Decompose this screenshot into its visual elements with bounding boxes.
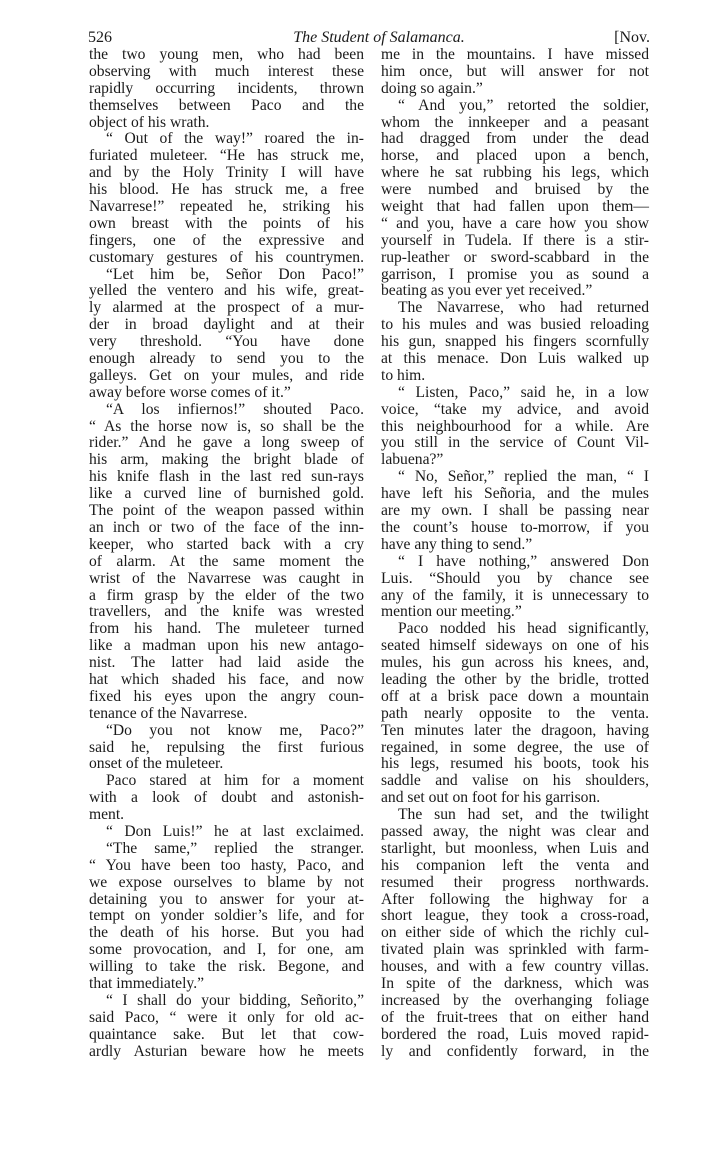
text-line: and set out on foot for his garrison. [381,790,649,807]
text-line: of alarm. At the same moment the [89,554,364,571]
text-line: are my own. I shall be passing near [381,503,649,520]
text-line: like a curved line of burnished gold. [89,486,364,503]
text-line: “ As the horse now is, so shall be the [89,419,364,436]
text-line: fixed his eyes upon the angry coun- [89,689,364,706]
text-line: beating as you ever yet received.” [381,283,649,300]
text-line: the death of his horse. But you had [89,925,364,942]
text-line: a firm grasp by the elder of the two [89,588,364,605]
text-line: leading the other by the bridle, trotted [381,672,649,689]
text-line: his arm, making the bright blade of [89,452,364,469]
text-line: have left his Señoria, and the mules [381,486,649,503]
text-line: horse, and placed upon a bench, [381,148,649,165]
text-line: to him. [381,368,649,385]
text-line: we expose ourselves to blame by not [89,875,364,892]
text-line: rapidly occurring incidents, thrown [89,81,364,98]
text-line: his blood. He has struck me, a free [89,182,364,199]
text-line: In spite of the darkness, which was [381,976,649,993]
text-line: some provocation, and I, for one, am [89,942,364,959]
text-line: quaintance sake. But let that cow- [89,1027,364,1044]
text-line: mules, his gun across his knees, and, [381,655,649,672]
text-line: to his mules and was busied reloading [381,317,649,334]
text-line: rider.” And he gave a long sweep of [89,435,364,452]
text-line: tenance of the Navarrese. [89,706,364,723]
text-line: at this menace. Don Luis walked up [381,351,649,368]
text-line: “ I shall do your bidding, Señorito,” [89,993,364,1010]
running-title: The Student of Salamanca. [88,29,650,47]
text-line: Paco stared at him for a moment [89,773,364,790]
text-line: rup-leather or sword-scabbard in the [381,250,649,267]
text-line: this neighbourhood for a while. Are [381,419,649,436]
text-line: doing so again.” [381,81,649,98]
text-line: “ No, Señor,” replied the man, “ I [381,469,649,486]
text-line: “ Out of the way!” roared the in- [89,131,364,148]
text-line: own breast with the points of his [89,216,364,233]
text-line: the two young men, who had been [89,47,364,64]
text-line: short league, they took a cross-road, [381,908,649,925]
text-line: his legs, resumed his boots, took his [381,756,649,773]
right-column: me in the mountains. I have missedhim on… [381,47,649,1060]
text-line: on either side of which the richly cul- [381,925,649,942]
text-line: ardly Asturian beware how he meets [89,1044,364,1061]
text-line: saddle and valise on his shoulders, [381,773,649,790]
text-line: said Paco, “ were it only for old ac- [89,1010,364,1027]
text-line: his companion left the venta and [381,858,649,875]
text-line: “A los infiernos!” shouted Paco. [89,402,364,419]
text-line: “Let him be, Señor Don Paco!” [89,267,364,284]
text-line: path nearly opposite to the venta. [381,706,649,723]
text-line: nist. The latter had laid aside the [89,655,364,672]
issue-month: [Nov. [614,29,650,47]
text-line: ly alarmed at the prospect of a mur- [89,300,364,317]
text-line: customary gestures of his countrymen. [89,250,364,267]
text-line: der in broad daylight and at their [89,317,364,334]
text-line: ment. [89,807,364,824]
text-line: tivated plain was sprinkled with farm- [381,942,649,959]
text-line: “ Listen, Paco,” said he, in a low [381,385,649,402]
book-page: 526 The Student of Salamanca. [Nov. the … [0,0,708,1168]
text-line: “ and you, have a care how you show [381,216,649,233]
text-line: observing with much interest these [89,64,364,81]
text-line: “ You have been too hasty, Paco, and [89,858,364,875]
text-line: galleys. Get on your mules, and ride [89,368,364,385]
text-line: houses, and with a few country villas. [381,959,649,976]
text-line: where he sat rubbing his legs, which [381,165,649,182]
text-line: “ And you,” retorted the soldier, [381,98,649,115]
text-line: Luis. “Should you by chance see [381,571,649,588]
text-line: Ten minutes later the dragoon, having [381,723,649,740]
text-line: After following the highway for a [381,892,649,909]
text-line: Navarrese!” repeated he, striking his [89,199,364,216]
text-line: detaining you to answer for your at- [89,892,364,909]
text-line: starlight, but moonless, when Luis and [381,841,649,858]
text-line: “ I have nothing,” answered Don [381,554,649,571]
text-line: seated himself sideways on one of his [381,638,649,655]
text-line: The point of the weapon passed within [89,503,364,520]
text-line: said he, repulsing the first furious [89,740,364,757]
text-line: and by the Holy Trinity I will have [89,165,364,182]
text-line: fingers, one of the expressive and [89,233,364,250]
text-line: regained, in some degree, the use of [381,740,649,757]
text-line: Paco nodded his head significantly, [381,621,649,638]
text-line: keeper, who started back with a cry [89,537,364,554]
text-line: ly and confidently forward, in the [381,1044,649,1061]
text-line: wrist of the Navarrese was caught in [89,571,364,588]
text-line: willing to take the risk. Begone, and [89,959,364,976]
text-line: weight that had fallen upon them— [381,199,649,216]
text-line: from his hand. The muleteer turned [89,621,364,638]
text-line: him once, but will answer for not [381,64,649,81]
text-line: his gun, snapped his fingers scornfully [381,334,649,351]
text-line: tempt on yonder soldier’s life, and for [89,908,364,925]
text-line: that immediately.” [89,976,364,993]
text-line: voice, “take my advice, and avoid [381,402,649,419]
text-line: The sun had set, and the twilight [381,807,649,824]
text-line: themselves between Paco and the [89,98,364,115]
text-line: “The same,” replied the stranger. [89,841,364,858]
text-line: yourself in Tudela. If there is a stir- [381,233,649,250]
text-line: garrison, I promise you as sound a [381,267,649,284]
text-line: object of his wrath. [89,115,364,132]
text-line: very threshold. “You have done [89,334,364,351]
left-column: the two young men, who had beenobserving… [89,47,364,1060]
text-line: labuena?” [381,452,649,469]
text-line: whom the innkeeper and a peasant [381,115,649,132]
text-line: yelled the ventero and his wife, great- [89,283,364,300]
text-line: increased by the overhanging foliage [381,993,649,1010]
text-line: of the fruit-trees that on either hand [381,1010,649,1027]
text-line: any of the family, it is unnecessary to [381,588,649,605]
text-line: bordered the road, Luis moved rapid- [381,1027,649,1044]
text-line: you still in the service of Count Vil- [381,435,649,452]
text-line: passed away, the night was clear and [381,824,649,841]
text-line: like a madman upon his new antago- [89,638,364,655]
text-line: have any thing to send.” [381,537,649,554]
text-line: travellers, and the knife was wrested [89,604,364,621]
text-line: an inch or two of the face of the inn- [89,520,364,537]
text-line: “ Don Luis!” he at last exclaimed. [89,824,364,841]
text-line: the count’s house to-morrow, if you [381,520,649,537]
text-line: me in the mountains. I have missed [381,47,649,64]
text-line: “Do you not know me, Paco?” [89,723,364,740]
text-line: mention our meeting.” [381,604,649,621]
text-line: resumed their progress northwards. [381,875,649,892]
text-line: away before worse comes of it.” [89,385,364,402]
text-line: The Navarrese, who had returned [381,300,649,317]
text-line: with a look of doubt and astonish- [89,790,364,807]
text-line: his knife flash in the last red sun-rays [89,469,364,486]
text-line: furiated muleteer. “He has struck me, [89,148,364,165]
text-line: enough already to send you to the [89,351,364,368]
text-line: were numbed and bruised by the [381,182,649,199]
text-line: onset of the muleteer. [89,756,364,773]
text-line: off at a brisk pace down a mountain [381,689,649,706]
text-line: hat which shaded his face, and now [89,672,364,689]
text-line: had dragged from under the dead [381,131,649,148]
